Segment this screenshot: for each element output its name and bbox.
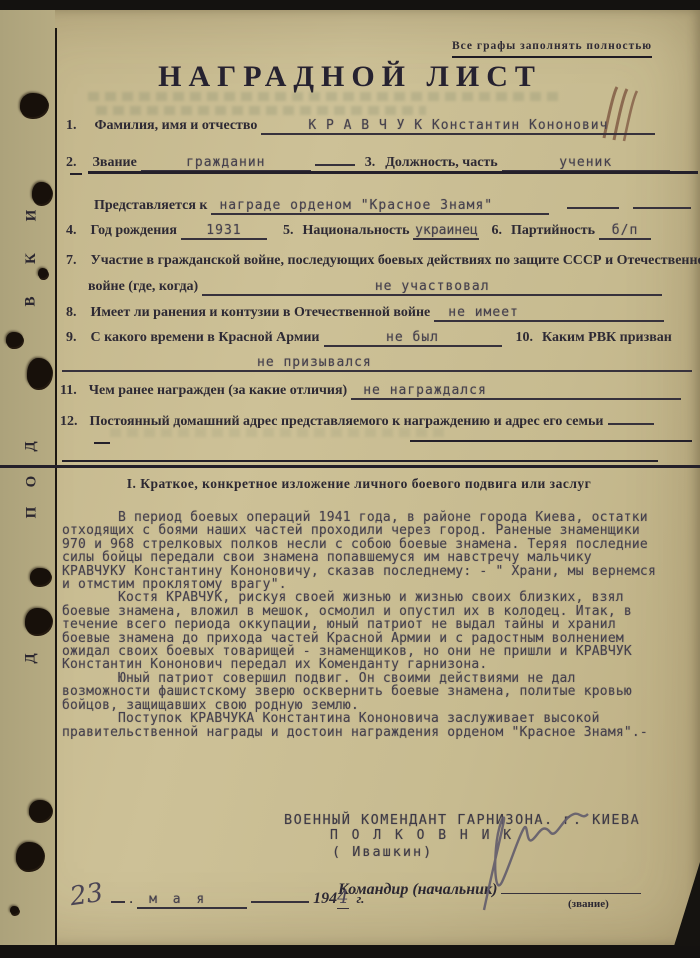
paper-sheet: И К В Д О П Д Все графы заполнять полнос… bbox=[0, 10, 700, 946]
bleed-through-smudge bbox=[96, 106, 426, 115]
thin-rule bbox=[62, 460, 658, 462]
scan-edge-bottom bbox=[0, 945, 700, 958]
date-line: 23 . м а я 1944 г. bbox=[70, 880, 364, 910]
field-red-army-since-value: не был bbox=[324, 328, 502, 347]
address-blank-line bbox=[410, 440, 692, 442]
field-presented-for-value: награде орденом "Красное Знамя" bbox=[211, 196, 549, 215]
date-year-digit-handwritten: 4 bbox=[337, 887, 348, 909]
field-civil-war-value: войне (где, когда) не участвовал bbox=[88, 277, 662, 296]
rule-segment bbox=[94, 442, 110, 444]
field-civil-war-label: 7. Участие в гражданской войне, последую… bbox=[66, 251, 700, 269]
citation-paragraph: Костя КРАВЧУК, рискуя своей жизнью и жиз… bbox=[62, 591, 658, 671]
field-wounds: 8. Имеет ли ранения и контузии в Отечест… bbox=[66, 303, 664, 322]
date-year-suffix: г. bbox=[357, 891, 365, 906]
bleed-through-smudge bbox=[88, 92, 558, 101]
margin-letter: Д bbox=[23, 441, 40, 451]
margin-letter: О bbox=[23, 476, 40, 488]
citation-text: В период боевых операций 1941 года, в ра… bbox=[62, 511, 658, 739]
fill-all-fields-notice: Все графы заполнять полностью bbox=[452, 36, 652, 58]
field-drafted-by-value: не призывался bbox=[62, 353, 692, 372]
margin-letter: Д bbox=[23, 653, 40, 663]
citation-paragraph: Поступок КРАВЧУКА Константина Кононовича… bbox=[62, 712, 658, 739]
field-previous-awards-value: не награждался bbox=[351, 381, 681, 400]
margin-letter: И bbox=[23, 210, 40, 222]
field-name: 1. Фамилия, имя и отчество К Р А В Ч У К… bbox=[66, 116, 655, 135]
margin-divider-line bbox=[55, 28, 57, 946]
thick-rule bbox=[0, 465, 700, 468]
date-day-handwritten: 23 bbox=[68, 878, 105, 912]
field-rank-value: гражданин bbox=[141, 153, 311, 172]
rule-segment bbox=[70, 173, 82, 175]
field-birth-year: 4. Год рождения 1931 5. Национальность у… bbox=[66, 221, 651, 240]
field-party-value: б/п bbox=[599, 221, 651, 240]
field-nationality-value: украинец bbox=[413, 221, 479, 240]
heavy-rule bbox=[88, 171, 698, 174]
field-position-value: ученик bbox=[502, 153, 670, 172]
field-red-army-since: 9. С какого времени в Красной Армии не б… bbox=[66, 328, 672, 347]
handwritten-signature bbox=[462, 810, 612, 915]
date-year-printed: 194 bbox=[313, 890, 337, 907]
citation-paragraph: В период боевых операций 1941 года, в ра… bbox=[62, 511, 658, 591]
margin-letter: В bbox=[23, 296, 40, 306]
scan-edge-top bbox=[0, 0, 700, 10]
scan-corner-shadow bbox=[674, 862, 700, 946]
page-title: НАГРАДНОЙ ЛИСТ bbox=[0, 60, 700, 94]
field-previous-awards: 11. Чем ранее награжден (за какие отличи… bbox=[60, 381, 681, 400]
scanned-document: И К В Д О П Д Все графы заполнять полнос… bbox=[0, 0, 700, 958]
field-wounds-value: не имеет bbox=[434, 303, 664, 322]
citation-paragraph: Юный патриот совершил подвиг. Он своими … bbox=[62, 672, 658, 712]
section-heading: I. Краткое, конкретное изложение личного… bbox=[62, 476, 656, 492]
signatory-name: ( Ивашкин) bbox=[332, 844, 433, 860]
field-birth-year-value: 1931 bbox=[181, 221, 267, 240]
field-presented-for: Представляется к награде орденом "Красно… bbox=[94, 190, 691, 215]
margin-letter: К bbox=[23, 253, 40, 264]
date-month: м а я bbox=[137, 890, 247, 909]
field-name-value: К Р А В Ч У К Константин Кононович bbox=[261, 116, 655, 135]
margin-letter: П bbox=[23, 507, 40, 519]
field-rank: 2. Звание гражданин 3. Должность, часть … bbox=[66, 147, 670, 172]
field-home-address: 12. Постоянный домашний адрес представля… bbox=[60, 406, 654, 430]
